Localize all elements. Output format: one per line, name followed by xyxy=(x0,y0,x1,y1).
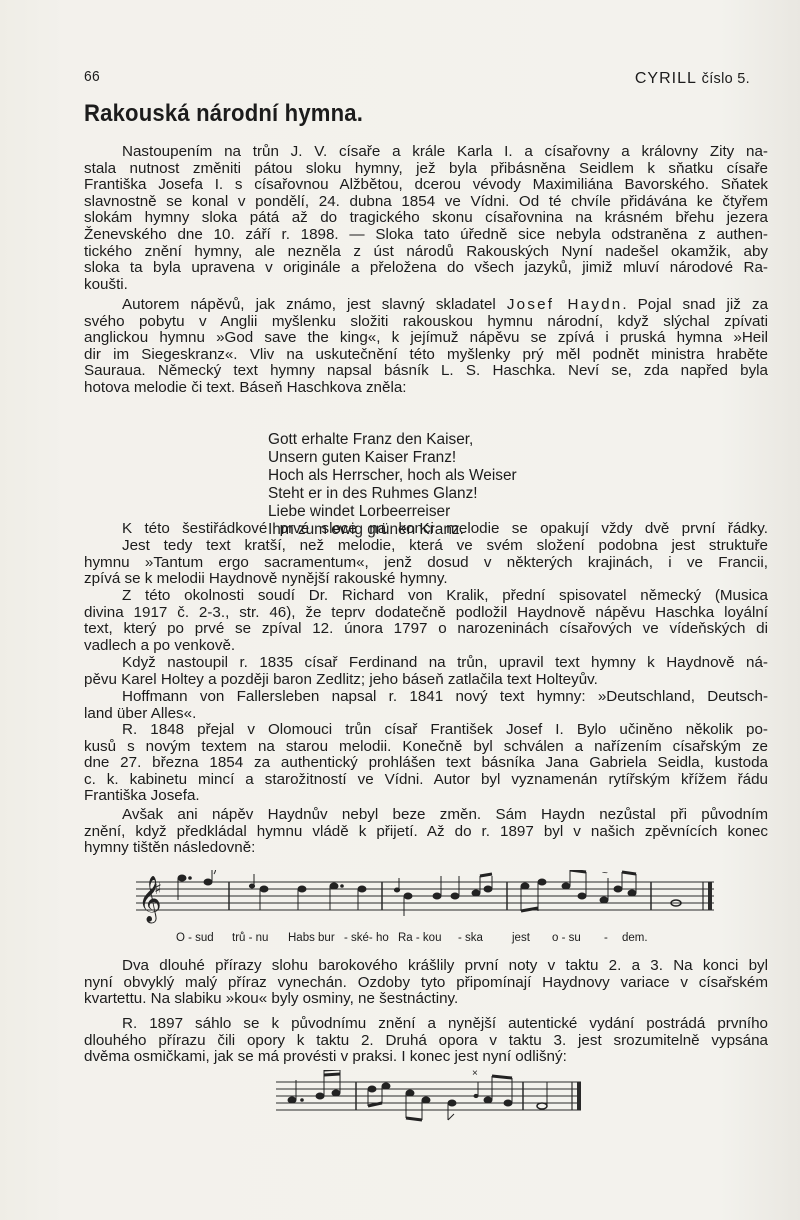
lyric-syllable: o - su xyxy=(552,932,581,944)
journal-name: CYRILL xyxy=(635,70,697,87)
scanned-page: 66 CYRILL číslo 5. Rakouská národní hymn… xyxy=(0,0,800,1220)
text-line: nyní obvyklý malý příraz vynechán. Ozdob… xyxy=(84,975,768,992)
text-line: znění, když předkládal hymnu vládě k při… xyxy=(84,824,768,841)
text-line: stala nutnost změniti pátou sloku hymny,… xyxy=(84,161,768,178)
text-line: Z této okolnosti soudí Dr. Richard von K… xyxy=(84,588,768,605)
text-line: Když nastoupil r. 1835 císař Ferdinand n… xyxy=(84,655,768,672)
text-line: R. 1848 přejal v Olomouci trůn císař Fra… xyxy=(84,722,768,739)
running-head: 66 CYRILL číslo 5. xyxy=(84,68,750,90)
text-line: hymnu »Tantum ergo sacramentum«, jenž do… xyxy=(84,555,768,572)
paragraph-8: R. 1848 přejal v Olomouci trůn císař Fra… xyxy=(84,722,768,805)
lyric-syllable: dem. xyxy=(622,932,648,944)
poem-line: Hoch als Herrscher, hoch als Weiser xyxy=(268,467,517,485)
text-line: Avšak ani nápěv Haydnův nebyl beze změn.… xyxy=(84,807,768,824)
text-line: c. k. kabinetu mincí a starožitností ve … xyxy=(84,772,768,789)
lyric-syllable: jest xyxy=(512,932,530,944)
paragraph-3: K této šestiřádkové prvé sloce na konci … xyxy=(84,521,768,538)
paragraph-10: Dva dlouhé přírazy slohu barokového kráš… xyxy=(84,958,768,1008)
text-line: divina 1917 č. 2-3., str. 46), že teprv … xyxy=(84,605,768,622)
text-line: slokám hymny sloka pátá až do tragického… xyxy=(84,210,768,227)
text-line: sloka ta byla upravena v originále a pře… xyxy=(84,260,768,277)
poem-line: Unsern guten Kaiser Franz! xyxy=(268,449,517,467)
text-line: koušti. xyxy=(84,277,768,294)
text-line: dne 27. března 1854 za authentický prohl… xyxy=(84,755,768,772)
text-line: dvěma osmičkami, jak se má provésti v pr… xyxy=(84,1049,768,1066)
lyric-syllable: - xyxy=(604,932,608,944)
issue-number: číslo 5. xyxy=(702,71,750,87)
text-line: Dva dlouhé přírazy slohu barokového kráš… xyxy=(84,958,768,975)
music-score-original-ending: 𝄞 ♯ ~ xyxy=(136,870,736,932)
text-line: svého pobytu v Anglii myšlenku složiti r… xyxy=(84,314,768,331)
paragraph-9: Avšak ani nápěv Haydnův nebyl beze změn.… xyxy=(84,807,768,857)
lyric-syllable: Habs bur xyxy=(288,932,335,944)
paragraph-11: R. 1897 sáhlo se k původnímu znění a nyn… xyxy=(84,1016,768,1066)
text-line: Ženevského dne 10. září r. 1898. — Sloka… xyxy=(84,227,768,244)
paragraph-4: Jest tedy text kratší, než melodie, kter… xyxy=(84,538,768,588)
lyric-syllable: - ska xyxy=(458,932,483,944)
text-line: pěvu Karel Holtey a později baron Zedlit… xyxy=(84,672,768,689)
text-line: hotova melodie či text. Báseň Haschkova … xyxy=(84,380,768,397)
lyric-syllable: O - sud xyxy=(176,932,214,944)
text-line: kusů s novým textem na starou melodii. K… xyxy=(84,739,768,756)
text-line: Františka Josefa. xyxy=(84,788,768,805)
text-line: Jest tedy text kratší, než melodie, kter… xyxy=(84,538,768,555)
text-line: tického znění hymny, ale nezněla z úst n… xyxy=(84,244,768,261)
text-line: hymny tištěn následovně: xyxy=(84,840,768,857)
journal-issue: CYRILL číslo 5. xyxy=(635,70,750,88)
page-number: 66 xyxy=(84,68,100,85)
text-line: R. 1897 sáhlo se k původnímu znění a nyn… xyxy=(84,1016,768,1033)
svg-text:×: × xyxy=(472,1070,478,1079)
text-line: dlouhého přírazu čili opory k taktu 2. D… xyxy=(84,1033,768,1050)
text-line: anglickou hymnu »God save the king«, k j… xyxy=(84,330,768,347)
text-line: kvartettu. Na slabiku »kou« byly osminy,… xyxy=(84,991,768,1008)
paragraph-5: Z této okolnosti soudí Dr. Richard von K… xyxy=(84,588,768,654)
article-title: Rakouská národní hymna. xyxy=(84,100,363,128)
text-line: slavnostně se konal v pondělí, 24. dubna… xyxy=(84,194,768,211)
lyric-syllable: Ra - kou xyxy=(398,932,441,944)
text-line: Autorem nápěvů, jak známo, jest slavný s… xyxy=(84,297,768,314)
text-line: text, který po prvé se zpíval 12. února … xyxy=(84,621,768,638)
text-line: dir im Siegeskranz«. Vliv na uskutečnění… xyxy=(84,347,768,364)
music-score-new-ending: × xyxy=(276,1070,596,1130)
text-line: K této šestiřádkové prvé sloce na konci … xyxy=(84,521,768,538)
paragraph-1: Nastoupením na trůn J. V. císaře a krále… xyxy=(84,144,768,293)
text-line: Nastoupením na trůn J. V. císaře a krále… xyxy=(84,144,768,161)
paragraph-2: Autorem nápěvů, jak známo, jest slavný s… xyxy=(84,297,768,397)
text-line: zpívá se k melodii Haydnově nynější rako… xyxy=(84,571,768,588)
svg-text:~: ~ xyxy=(602,870,608,879)
svg-text:♯: ♯ xyxy=(154,879,162,898)
text-line: vadlech a po venkově. xyxy=(84,638,768,655)
text-line: land über Alles«. xyxy=(84,706,768,723)
text-line: Sauraua. Německý text hymny napsal básní… xyxy=(84,363,768,380)
paragraph-6: Když nastoupil r. 1835 císař Ferdinand n… xyxy=(84,655,768,688)
lyric-syllable: trů - nu xyxy=(232,932,268,944)
text-line: Františka Josefa I. s císařovnou Alžběto… xyxy=(84,177,768,194)
lyric-syllable: - ské- ho xyxy=(344,932,389,944)
poem-line: Gott erhalte Franz den Kaiser, xyxy=(268,431,517,449)
poem-line: Liebe windet Lorbeerreiser xyxy=(268,503,517,521)
text-line: Hoffmann von Fallersleben napsal r. 1841… xyxy=(84,689,768,706)
paragraph-7: Hoffmann von Fallersleben napsal r. 1841… xyxy=(84,689,768,722)
poem-line: Steht er in des Ruhmes Glanz! xyxy=(268,485,517,503)
